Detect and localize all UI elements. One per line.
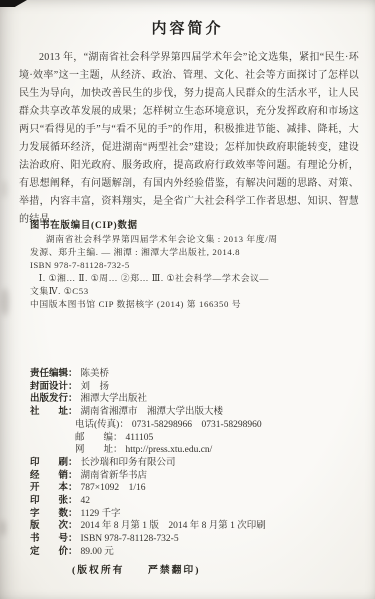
colophon-label: 网 址： (75, 444, 123, 457)
colophon-value: 411105 (126, 432, 154, 445)
colophon-value: 湖南省新华书店 (81, 470, 148, 483)
colophon-label: 经 销： (30, 470, 78, 483)
colophon-label: 字 数： (30, 508, 78, 521)
colophon-value: 42 (81, 495, 91, 508)
colophon-label: 定 价： (30, 546, 78, 559)
colophon-row-printer: 印 刷： 长沙瑞和印务有限公司 (30, 457, 359, 470)
colophon-row-website: 网 址： http://press.xtu.edu.cn/ (75, 444, 359, 457)
colophon-row-word-count: 字 数： 1129 千字 (30, 508, 359, 521)
colophon-row-cover-design: 封面设计： 刘 扬 (30, 381, 359, 394)
colophon-label: 电话(传真)： (75, 419, 129, 432)
colophon-label: 邮 编： (75, 432, 123, 445)
book-copyright-page: 内容简介 2013 年，“湖南省社会科学界第四届学术年会”论文选集，紧扣“民生·… (0, 0, 375, 599)
cip-isbn: ISBN 978-7-81128-732-5 (30, 259, 278, 272)
colophon-label: 封面设计： (30, 381, 78, 394)
colophon-row-price: 定 价： 89.00 元 (30, 546, 359, 559)
colophon-value: 89.00 元 (81, 546, 114, 559)
cip-block: 图书在版编目(CIP)数据 湖南省社会科学界第四届学术年会论文集 : 2013 … (30, 220, 278, 311)
colophon-label: 版 次： (30, 520, 78, 533)
colophon-row-publisher: 出版发行： 湘潭大学出版社 (30, 393, 359, 406)
colophon-label: 书 号： (30, 533, 78, 546)
colophon-row-postcode: 邮 编： 411105 (75, 432, 359, 445)
colophon-row-sheets: 印 张： 42 (30, 495, 359, 508)
scan-smudge-artifact (2, 180, 7, 198)
colophon-value: 2014 年 8 月第 1 版 2014 年 8 月第 1 次印刷 (81, 520, 266, 533)
scan-smudge-artifact (0, 520, 6, 536)
colophon-label: 责任编辑： (30, 368, 78, 381)
colophon-value: http://press.xtu.edu.cn/ (126, 444, 213, 457)
colophon-row-edition: 版 次： 2014 年 8 月第 1 版 2014 年 8 月第 1 次印刷 (30, 520, 359, 533)
scan-corner-artifact (0, 0, 27, 7)
cip-record-number: 中国版本图书馆 CIP 数据核字 (2014) 第 166350 号 (30, 298, 278, 311)
colophon-label: 印 刷： (30, 457, 78, 470)
colophon-value: 湘潭大学出版社 (81, 393, 148, 406)
colophon-row-distributor: 经 销： 湖南省新华书店 (30, 470, 359, 483)
scan-smudge-artifact (1, 288, 9, 316)
content-summary-paragraph: 2013 年，“湖南省社会科学界第四届学术年会”论文选集，紧扣“民生·环境·效率… (19, 49, 359, 229)
colophon-value: 陈美桥 (81, 368, 110, 381)
colophon-row-phone: 电话(传真)： 0731-58298966 0731-58298960 (75, 419, 359, 432)
cip-classification: Ⅰ. ①湘… Ⅱ. ①周… ②郑… Ⅲ. ①社会科学—学术会议—文集Ⅳ. ①C5… (30, 272, 278, 298)
colophon-row-isbn: 书 号： ISBN 978-7-81128-732-5 (30, 533, 359, 546)
colophon-value: 湖南省湘潭市 湘潭大学出版大楼 (81, 406, 224, 419)
colophon-value: 787×1092 1/16 (81, 482, 146, 495)
cip-heading: 图书在版编目(CIP)数据 (30, 220, 278, 233)
colophon-row-editor: 责任编辑： 陈美桥 (30, 368, 359, 381)
page-title: 内容简介 (0, 17, 375, 38)
copyright-notice: (版权所有 严禁翻印) (72, 562, 201, 576)
colophon-value: 0731-58298966 0731-58298960 (132, 419, 262, 432)
colophon-value: 1129 千字 (81, 508, 121, 521)
colophon-row-format: 开 本： 787×1092 1/16 (30, 482, 359, 495)
colophon-label: 社 址： (30, 406, 78, 419)
colophon: 责任编辑： 陈美桥 封面设计： 刘 扬 出版发行： 湘潭大学出版社 社 址： 湖… (30, 368, 359, 559)
colophon-value: 刘 扬 (81, 381, 110, 394)
colophon-label: 印 张： (30, 495, 78, 508)
colophon-row-address: 社 址： 湖南省湘潭市 湘潭大学出版大楼 (30, 406, 359, 419)
colophon-value: 长沙瑞和印务有限公司 (81, 457, 176, 470)
colophon-label: 开 本： (30, 482, 78, 495)
colophon-value: ISBN 978-7-81128-732-5 (81, 533, 179, 546)
cip-entry: 湖南省社会科学界第四届学术年会论文集 : 2013 年度/周发源、郑升主编. —… (30, 233, 278, 259)
colophon-label: 出版发行： (30, 393, 78, 406)
